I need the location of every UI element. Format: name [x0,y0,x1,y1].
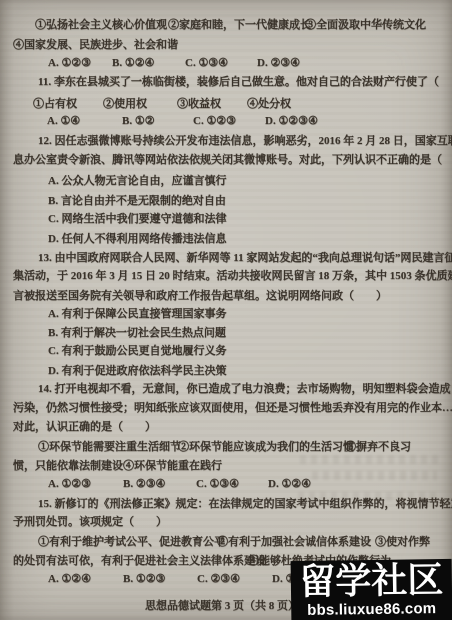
text-segment: ②家庭和睦，下一代健康成长 [168,19,311,32]
question-15-choices-line-1: ①有利于维护考试公平、促进教育公平②有利于加强社会诚信体系建设③使对作弊 [0,536,452,549]
question-12-option-c: C. 网络生活中我们要遵守道德和法律 [0,213,452,226]
text-segment: D. ②③④ [257,57,300,70]
text-segment: 息办公室责令新浪、腾讯等网站依法依规关闭其微博账号。对此，下列认识不正确的是（ … [13,154,452,167]
scan-bleedthrough-artifact [298,492,440,501]
text-segment: 14. 打开电视却不看，无意间，你已造成了电力浪费；去市场购物，明知塑料袋会造成… [38,383,452,396]
text-segment: A. ①④ [47,115,80,128]
text-segment: C. ②③④ [197,573,240,586]
text-segment: B. 言论自由并不是无限制的绝对自由 [48,195,226,208]
question-13-option-d: D. 有利于促进政府依法科学民主决策 [0,365,452,378]
text-segment: 12. 因任志强微博账号持续公开发布违法信息，影响恶劣，2016 年 2 月 2… [38,135,452,148]
text-segment: 惯，只能依靠法制建设 [13,460,123,473]
text-segment: ③摒弃不良习 [345,441,411,454]
scan-bleedthrough-artifact [300,455,440,464]
text-segment: D. ①②④ [268,478,311,491]
prev-question-choices-line-2: ④国家发展、民族进步、社会和谐 [0,39,452,52]
text-segment: D. ①②③④ [265,115,318,128]
page-footer: 思想品德试题第 3 页（共 8 页） [145,600,299,613]
text-segment: C. 网络生活中我们要遵守道德和法律 [48,213,226,226]
watermark-url: bbs.liuxue86.com [307,600,436,619]
text-segment: A. ①②③ [48,478,91,491]
question-12-stem-line-1: 12. 因任志强微博账号持续公开发布违法信息，影响恶劣，2016 年 2 月 2… [0,135,452,148]
prev-question-answer-options: A. ①②③B. ①②④C. ①③④D. ②③④ [0,57,452,70]
text-segment: 的处罚有法可依，有利于促进社会主义法律体系建设 [13,555,266,568]
question-13-stem-line-1: 13. 由中国政府网联合人民网、新华网等 11 家网站发起的“我向总理说句话”网… [0,252,452,265]
question-14-stem-line-2: 污染，仍然习惯性接受；明知纸张应该双面使用，但还是习惯性地丢弃没有用完的作业本…… [0,402,452,415]
text-segment: ②环保节能应该成为我们的生活习惯 [178,441,354,454]
text-segment: A. 有利于保障公民直接管理国家事务 [48,308,226,321]
text-segment: 11. 李东在县城买了一栋临街楼，装修后自己做生意。他对自己的合法财产行使了（ … [38,76,452,89]
text-segment: 对此，认识正确的是（ ） [13,421,156,434]
question-12-stem-line-2: 息办公室责令新浪、腾讯等网站依法依规关闭其微博账号。对此，下列认识不正确的是（ … [0,154,452,167]
text-segment: ①占有权 [33,98,77,111]
watermark-title: 留学社区 [299,560,444,602]
text-segment: B. ①② [122,115,155,128]
text-segment: B. ①②④ [112,57,154,70]
text-segment: C. 有利于鼓励公民更自觉地履行义务 [48,345,226,358]
text-segment: B. ①②③ [123,573,165,586]
text-segment: B. 有利于解决一切社会民生热点问题 [48,327,226,340]
text-segment: ④环保节能重在践行 [123,460,222,473]
exam-paper-scan: ①弘扬社会主义核心价值观②家庭和睦，下一代健康成长③全面汲取中华传统文化④国家发… [0,0,452,620]
text-segment: 13. 由中国政府网联合人民网、新华网等 11 家网站发起的“我向总理说句话”网… [38,252,452,265]
text-segment: 污染，仍然习惯性接受；明知纸张应该双面使用，但还是习惯性地丢弃没有用完的作业本…… [13,402,452,415]
question-14-choices-line-1: ①环保节能需要注重生活细节②环保节能应该成为我们的生活习惯③摒弃不良习 [0,441,452,454]
question-12-option-a: A. 公众人物无言论自由，应谨言慎行 [0,175,452,188]
text-segment: A. ①②④ [48,573,91,586]
question-12-option-d: D. 任何人不得利用网络传播违法信息 [0,233,452,246]
question-13-option-c: C. 有利于鼓励公民更自觉地履行义务 [0,345,452,358]
question-12-option-b: B. 言论自由并不是无限制的绝对自由 [0,195,452,208]
question-13-option-a: A. 有利于保障公民直接管理国家事务 [0,308,452,321]
question-15-stem-line-2: 予刑罚处罚。该项规定（ ） [0,516,452,529]
question-13-option-b: B. 有利于解决一切社会民生热点问题 [0,327,452,340]
text-segment: ②使用权 [103,98,147,111]
text-segment: ④国家发展、民族进步、社会和谐 [13,39,178,52]
question-11-choices: ①占有权②使用权③收益权④处分权 [0,98,452,111]
text-segment: 集活动，于 2016 年 3 月 15 日 20 时结束。活动共接收网民留言 1… [13,270,452,283]
text-segment: ③使对作弊 [375,536,430,549]
text-segment: ①弘扬社会主义核心价值观 [35,19,167,32]
question-14-stem-line-1: 14. 打开电视却不看，无意间，你已造成了电力浪费；去市场购物，明知塑料袋会造成… [0,383,452,396]
text-segment: ③收益权 [177,98,221,111]
question-13-stem-line-2: 集活动，于 2016 年 3 月 15 日 20 时结束。活动共接收网民留言 1… [0,270,452,283]
scan-bleedthrough-artifact [312,471,437,480]
prev-question-choices-line-1: ①弘扬社会主义核心价值观②家庭和睦，下一代健康成长③全面汲取中华传统文化 [0,19,452,32]
text-segment: D. 任何人不得利用网络传播违法信息 [48,233,226,246]
text-segment: ②有利于加强社会诚信体系建设 [217,536,371,549]
question-14-stem-line-3: 对此，认识正确的是（ ） [0,421,452,434]
text-segment: D. 有利于促进政府依法科学民主决策 [48,365,226,378]
text-segment: C. ①③④ [185,57,228,70]
text-segment: 言被报送至国务院有关领导和政府工作报告起草组。这说明网络问政（ ） [13,290,387,303]
watermark-liuxue-logo: 留学社区 bbs.liuxue86.com [291,559,452,620]
question-11-stem: 11. 李东在县城买了一栋临街楼，装修后自己做生意。他对自己的合法财产行使了（ … [0,76,452,89]
text-segment: A. 公众人物无言论自由，应谨言慎行 [48,175,226,188]
text-segment: ③全面汲取中华传统文化 [305,19,426,32]
text-segment: ①有利于维护考试公平、促进教育公平 [38,536,225,549]
question-13-stem-line-3: 言被报送至国务院有关领导和政府工作报告起草组。这说明网络问政（ ） [0,290,452,303]
text-segment: B. ②③④ [123,478,165,491]
text-segment: ①环保节能需要注重生活细节 [38,441,181,454]
text-segment: 予刑罚处罚。该项规定（ ） [13,516,167,529]
text-segment: C. ①③④ [196,478,239,491]
question-11-answer-options: A. ①④B. ①②C. ①②③D. ①②③④ [0,115,452,128]
text-segment: ④处分权 [247,98,291,111]
text-segment: A. ①②③ [48,57,91,70]
text-segment: C. ①②③ [193,115,236,128]
